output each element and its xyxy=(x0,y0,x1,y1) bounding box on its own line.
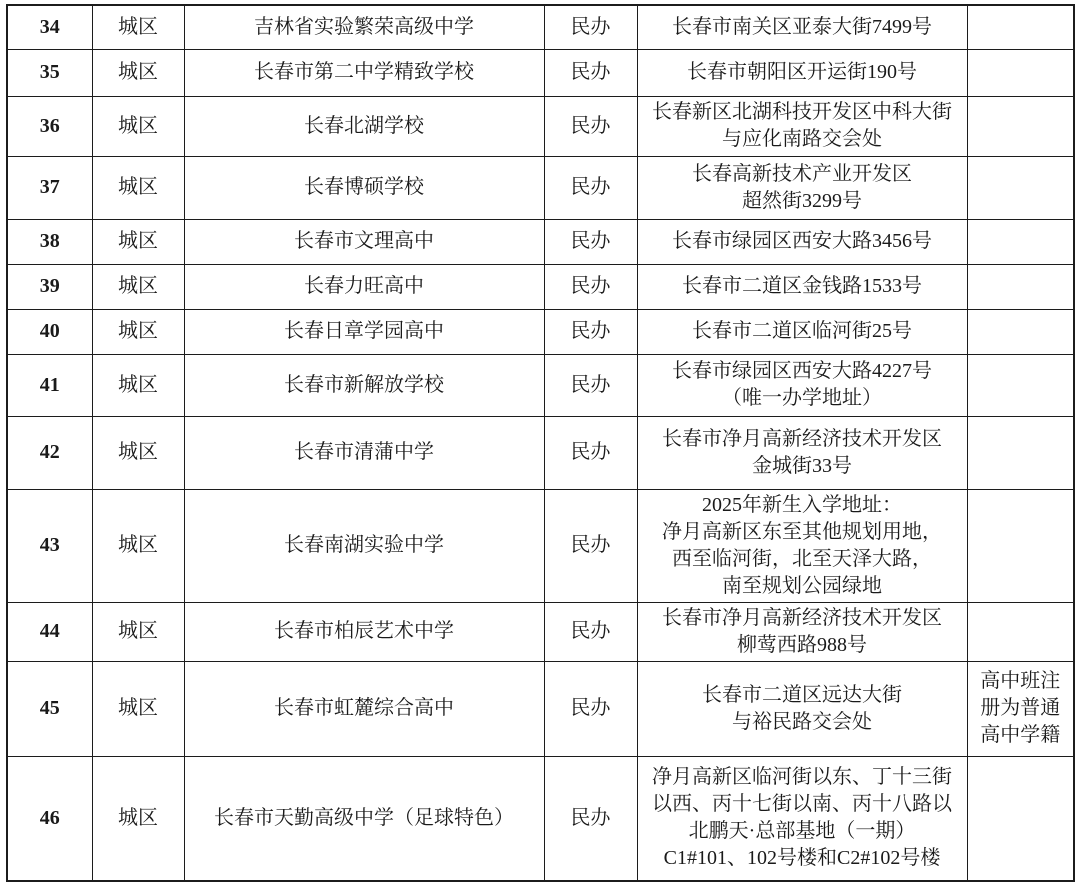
table-row: 35 城区 长春市第二中学精致学校 民办 长春市朝阳区开运街190号 xyxy=(7,49,1074,96)
school-type-cell: 民办 xyxy=(544,661,637,756)
table-row: 39 城区 长春力旺高中 民办 长春市二道区金钱路1533号 xyxy=(7,264,1074,309)
note-cell xyxy=(967,264,1074,309)
school-name-cell: 长春市清蒲中学 xyxy=(184,416,544,489)
row-number: 34 xyxy=(7,5,92,49)
school-name-cell: 长春市柏辰艺术中学 xyxy=(184,602,544,661)
school-type-cell: 民办 xyxy=(544,416,637,489)
table-row: 36 城区 长春北湖学校 民办 长春新区北湖科技开发区中科大街 与应化南路交会处 xyxy=(7,96,1074,156)
row-number: 43 xyxy=(7,489,92,602)
row-number: 40 xyxy=(7,309,92,354)
school-name-cell: 长春市天勤高级中学（足球特色） xyxy=(184,756,544,881)
school-name-cell: 长春力旺高中 xyxy=(184,264,544,309)
school-type-cell: 民办 xyxy=(544,756,637,881)
table-row: 40 城区 长春日章学园高中 民办 长春市二道区临河街25号 xyxy=(7,309,1074,354)
address-cell: 长春市绿园区西安大路3456号 xyxy=(637,219,967,264)
school-name-cell: 长春南湖实验中学 xyxy=(184,489,544,602)
note-cell xyxy=(967,489,1074,602)
table-row: 42 城区 长春市清蒲中学 民办 长春市净月高新经济技术开发区 金城街33号 xyxy=(7,416,1074,489)
table-row: 41 城区 长春市新解放学校 民办 长春市绿园区西安大路4227号 （唯一办学地… xyxy=(7,354,1074,416)
address-cell: 净月高新区临河街以东、丁十三街 以西、丙十七街以南、丙十八路以 北鹏天·总部基地… xyxy=(637,756,967,881)
table-row: 45 城区 长春市虹麓综合高中 民办 长春市二道区远达大街 与裕民路交会处 高中… xyxy=(7,661,1074,756)
school-name-cell: 长春市文理高中 xyxy=(184,219,544,264)
district-cell: 城区 xyxy=(92,489,184,602)
district-cell: 城区 xyxy=(92,354,184,416)
address-cell: 长春高新技术产业开发区 超然街3299号 xyxy=(637,156,967,219)
note-cell xyxy=(967,96,1074,156)
address-cell: 长春新区北湖科技开发区中科大街 与应化南路交会处 xyxy=(637,96,967,156)
district-cell: 城区 xyxy=(92,49,184,96)
note-cell xyxy=(967,219,1074,264)
row-number: 36 xyxy=(7,96,92,156)
document-page: 34 城区 吉林省实验繁荣高级中学 民办 长春市南关区亚泰大街7499号 35 … xyxy=(0,4,1080,890)
table-row: 38 城区 长春市文理高中 民办 长春市绿园区西安大路3456号 xyxy=(7,219,1074,264)
school-name-cell: 长春市新解放学校 xyxy=(184,354,544,416)
row-number: 46 xyxy=(7,756,92,881)
address-cell: 长春市朝阳区开运街190号 xyxy=(637,49,967,96)
district-cell: 城区 xyxy=(92,5,184,49)
address-cell: 长春市二道区远达大街 与裕民路交会处 xyxy=(637,661,967,756)
district-cell: 城区 xyxy=(92,309,184,354)
note-cell: 高中班注册为普通高中学籍 xyxy=(967,661,1074,756)
row-number: 44 xyxy=(7,602,92,661)
note-cell xyxy=(967,354,1074,416)
school-type-cell: 民办 xyxy=(544,5,637,49)
address-cell: 长春市净月高新经济技术开发区 金城街33号 xyxy=(637,416,967,489)
school-type-cell: 民办 xyxy=(544,489,637,602)
table-row: 34 城区 吉林省实验繁荣高级中学 民办 长春市南关区亚泰大街7499号 xyxy=(7,5,1074,49)
district-cell: 城区 xyxy=(92,156,184,219)
note-cell xyxy=(967,156,1074,219)
district-cell: 城区 xyxy=(92,756,184,881)
school-type-cell: 民办 xyxy=(544,264,637,309)
district-cell: 城区 xyxy=(92,661,184,756)
school-name-cell: 长春博硕学校 xyxy=(184,156,544,219)
address-cell: 长春市南关区亚泰大街7499号 xyxy=(637,5,967,49)
table-row: 37 城区 长春博硕学校 民办 长春高新技术产业开发区 超然街3299号 xyxy=(7,156,1074,219)
district-cell: 城区 xyxy=(92,96,184,156)
district-cell: 城区 xyxy=(92,264,184,309)
note-cell xyxy=(967,5,1074,49)
district-cell: 城区 xyxy=(92,416,184,489)
address-cell: 长春市绿园区西安大路4227号 （唯一办学地址） xyxy=(637,354,967,416)
note-cell xyxy=(967,49,1074,96)
address-cell: 2025年新生入学地址： 净月高新区东至其他规划用地， 西至临河街，北至天泽大路… xyxy=(637,489,967,602)
school-name-cell: 长春市虹麓综合高中 xyxy=(184,661,544,756)
district-cell: 城区 xyxy=(92,219,184,264)
school-name-cell: 长春市第二中学精致学校 xyxy=(184,49,544,96)
note-cell xyxy=(967,602,1074,661)
note-cell xyxy=(967,756,1074,881)
row-number: 45 xyxy=(7,661,92,756)
school-type-cell: 民办 xyxy=(544,219,637,264)
district-cell: 城区 xyxy=(92,602,184,661)
address-cell: 长春市二道区临河街25号 xyxy=(637,309,967,354)
note-cell xyxy=(967,416,1074,489)
note-cell xyxy=(967,309,1074,354)
table-row: 43 城区 长春南湖实验中学 民办 2025年新生入学地址： 净月高新区东至其他… xyxy=(7,489,1074,602)
school-list-table: 34 城区 吉林省实验繁荣高级中学 民办 长春市南关区亚泰大街7499号 35 … xyxy=(6,4,1075,882)
row-number: 38 xyxy=(7,219,92,264)
school-type-cell: 民办 xyxy=(544,354,637,416)
school-type-cell: 民办 xyxy=(544,309,637,354)
school-type-cell: 民办 xyxy=(544,96,637,156)
row-number: 39 xyxy=(7,264,92,309)
school-type-cell: 民办 xyxy=(544,156,637,219)
school-type-cell: 民办 xyxy=(544,49,637,96)
table-row: 46 城区 长春市天勤高级中学（足球特色） 民办 净月高新区临河街以东、丁十三街… xyxy=(7,756,1074,881)
address-cell: 长春市净月高新经济技术开发区 柳莺西路988号 xyxy=(637,602,967,661)
table-row: 44 城区 长春市柏辰艺术中学 民办 长春市净月高新经济技术开发区 柳莺西路98… xyxy=(7,602,1074,661)
school-name-cell: 长春北湖学校 xyxy=(184,96,544,156)
row-number: 41 xyxy=(7,354,92,416)
school-name-cell: 长春日章学园高中 xyxy=(184,309,544,354)
school-type-cell: 民办 xyxy=(544,602,637,661)
address-cell: 长春市二道区金钱路1533号 xyxy=(637,264,967,309)
school-name-cell: 吉林省实验繁荣高级中学 xyxy=(184,5,544,49)
row-number: 37 xyxy=(7,156,92,219)
row-number: 42 xyxy=(7,416,92,489)
row-number: 35 xyxy=(7,49,92,96)
